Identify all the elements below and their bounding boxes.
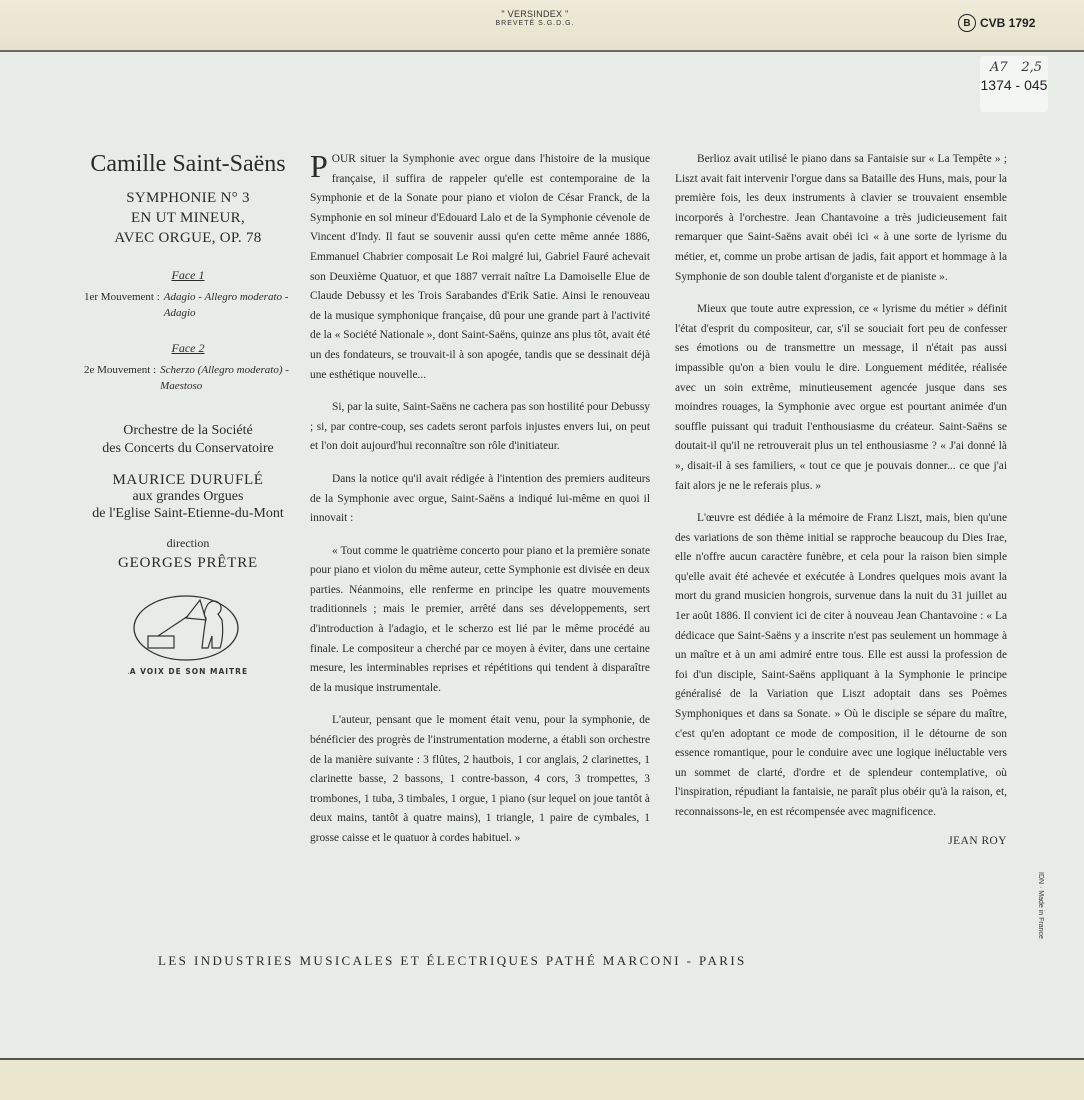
handwritten-code: A7 — [990, 60, 1008, 75]
face-1-heading: Face 1 — [74, 268, 302, 283]
notes-paragraph: Dans la notice qu'il avait rédigée à l'i… — [310, 470, 650, 529]
conductor-name: GEORGES PRÊTRE — [74, 555, 302, 572]
organ-line: de l'Eglise Saint-Etienne-du-Mont — [74, 505, 302, 522]
notes-paragraph: Mieux que toute autre expression, ce « l… — [675, 300, 1007, 496]
notes-column-2: Berlioz avait utilisé le piano dans sa F… — [675, 150, 1007, 851]
drop-cap: P — [310, 152, 328, 180]
made-in-france-label: IDN · Made in France — [1037, 872, 1044, 939]
logo-caption: LA VOIX DE SON MAITRE — [128, 667, 248, 676]
composer-name: Camille Saint-Saëns — [74, 150, 302, 178]
handwritten-price: 2,5 — [1021, 60, 1042, 75]
catalog-number: B CVB 1792 — [958, 14, 1035, 32]
organ-venue: aux grandes Orgues de l'Eglise Saint-Eti… — [74, 488, 302, 522]
orchestra-line: des Concerts du Conservatoire — [74, 440, 302, 458]
work-line: SYMPHONIE N° 3 — [74, 188, 302, 208]
bottom-flap — [0, 1058, 1084, 1100]
publisher-line: LES INDUSTRIES MUSICALES ET ÉLECTRIQUES … — [158, 953, 747, 969]
author-signature: JEAN ROY — [675, 832, 1007, 852]
paragraph-text: OUR situer la Symphonie avec orgue dans … — [310, 153, 650, 381]
work-line: EN UT MINEUR, — [74, 208, 302, 228]
organ-line: aux grandes Orgues — [74, 488, 302, 505]
notes-column-1: POUR situer la Symphonie avec orgue dans… — [310, 150, 650, 862]
credits-column: Camille Saint-Saëns SYMPHONIE N° 3 EN UT… — [74, 150, 302, 680]
price-sticker: A7 2,5 1374 - 045 — [980, 56, 1048, 112]
notes-paragraph: L'auteur, pensant que le moment était ve… — [310, 711, 650, 848]
his-masters-voice-logo-icon: LA VOIX DE SON MAITRE — [128, 590, 248, 680]
organist-name: MAURICE DURUFLÉ — [74, 472, 302, 488]
catalog-number-text: CVB 1792 — [980, 16, 1035, 30]
versindex-mark: " VERSINDEX " BREVETÉ S.G.D.G. — [480, 9, 590, 29]
orchestra-line: Orchestre de la Société — [74, 422, 302, 440]
sticker-number: 1374 - 045 — [980, 77, 1048, 93]
movement-value: Scherzo (Allegro moderato) - Maestoso — [156, 362, 302, 394]
top-spine-flap: " VERSINDEX " BREVETÉ S.G.D.G. B CVB 179… — [0, 0, 1084, 52]
versindex-label: " VERSINDEX " — [480, 9, 590, 19]
movement-label: 2e Mouvement : — [84, 362, 156, 394]
brevete-label: BREVETÉ S.G.D.G. — [480, 19, 590, 29]
orchestra: Orchestre de la Société des Concerts du … — [74, 422, 302, 458]
notes-paragraph: Berlioz avait utilisé le piano dans sa F… — [675, 150, 1007, 287]
notes-paragraph: « Tout comme le quatrième concerto pour … — [310, 542, 650, 699]
movement-label: 1er Mouvement : — [84, 289, 160, 321]
movement-2: 2e Mouvement : Scherzo (Allegro moderato… — [74, 362, 302, 394]
direction-label: direction — [74, 536, 302, 551]
movement-value: Adagio - Allegro moderato - Adagio — [160, 289, 302, 321]
face-2-heading: Face 2 — [74, 341, 302, 356]
work-line: AVEC ORGUE, OP. 78 — [74, 228, 302, 248]
notes-paragraph: Si, par la suite, Saint-Saëns ne cachera… — [310, 398, 650, 457]
notes-paragraph: POUR situer la Symphonie avec orgue dans… — [310, 150, 650, 385]
notes-paragraph: L'œuvre est dédiée à la mémoire de Franz… — [675, 509, 1007, 823]
circled-b-icon: B — [958, 14, 976, 32]
movement-1: 1er Mouvement : Adagio - Allegro moderat… — [74, 289, 302, 321]
work-title: SYMPHONIE N° 3 EN UT MINEUR, AVEC ORGUE,… — [74, 188, 302, 248]
